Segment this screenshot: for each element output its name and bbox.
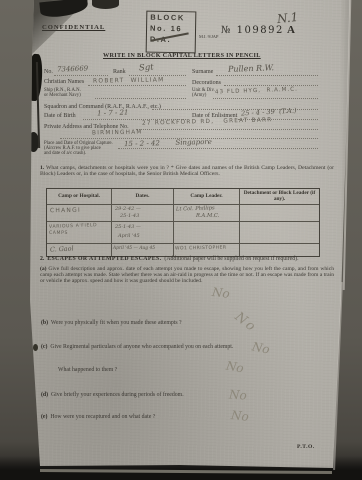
answer-d-handwriting: No xyxy=(229,387,248,402)
camps-row3-camp: C. Gaol xyxy=(47,243,111,256)
scanned-document-page: CONFIDENTIAL BLOCK No. 16 D.A. M.I. 9/JA… xyxy=(0,0,362,480)
left-margin-dot xyxy=(33,344,38,351)
question-1: 1. What camps, detachments or hospitals … xyxy=(40,165,334,178)
torn-corner-blot xyxy=(39,0,88,18)
surname-field-line xyxy=(216,74,318,76)
camps-row1-camp: CHANGI xyxy=(47,204,111,221)
answer-c2-handwriting: No xyxy=(225,359,245,376)
section-2-number: 2. xyxy=(40,256,44,262)
date-of-birth-label: Date of Birth xyxy=(44,113,76,120)
camps-row3-dates: April '45 — Aug 45 xyxy=(111,243,173,256)
answer-a-handwriting: No xyxy=(211,285,230,301)
camps-row2-detachment xyxy=(239,221,319,243)
ship-line xyxy=(95,97,186,99)
address-line-1 xyxy=(136,128,318,130)
address-value-line2: BIRMINGHAM xyxy=(92,130,143,137)
decorations-line xyxy=(224,84,318,86)
unit-div-line xyxy=(213,97,318,99)
serial-number: № 109892 xyxy=(221,28,284,35)
question-e: (e) How were you recaptured and on what … xyxy=(41,414,155,421)
camps-row2-dates: 25-1-43 — April '45 xyxy=(111,221,173,243)
date-of-birth-value: 1 - 7 - 21 xyxy=(97,108,129,117)
question-e-text: How were you recaptured and on what date… xyxy=(50,414,155,420)
form-reference-label: M.I. 9/JAP xyxy=(199,34,218,41)
instruction-heading: WRITE IN BLOCK CAPITAL LETTERS IN PENCIL xyxy=(103,53,261,60)
question-c-label: (c) xyxy=(41,344,47,350)
surname-label: Surname xyxy=(192,69,213,76)
section-2-note: (Additional paper will be supplied on re… xyxy=(164,256,298,262)
paper-sheet: CONFIDENTIAL BLOCK No. 16 D.A. M.I. 9/JA… xyxy=(0,0,362,480)
answer-c-handwriting: No xyxy=(251,339,271,356)
question-b: (b) Were you physically fit when you mad… xyxy=(41,320,182,327)
question-c-text: Give Regimental particulars of anyone wh… xyxy=(50,344,233,350)
stamp-line-1: BLOCK xyxy=(147,12,195,24)
camps-row3-detachment xyxy=(239,243,319,256)
unit-div-value: 43 FLD HYG, R.A.M.C. xyxy=(215,87,298,96)
question-a: (a) Give full description and approx. da… xyxy=(40,266,334,285)
question-c: (c) Give Regimental particulars of anyon… xyxy=(41,344,233,351)
question-d-text: Give briefly your experiences during per… xyxy=(51,392,184,398)
answer-e-handwriting: No xyxy=(230,408,249,424)
question-a-text: Give full description and approx. date o… xyxy=(40,266,334,284)
question-b-text: Were you physically fit when you made th… xyxy=(51,320,182,326)
camps-header-dates: Dates. xyxy=(111,189,173,204)
camps-header-detachment: Detachment or Block Leader (if any). xyxy=(239,189,319,204)
no-label: No. xyxy=(44,69,53,76)
surname-value: Pullen R.W. xyxy=(228,63,274,74)
block-number-stamp: BLOCK No. 16 D.A. xyxy=(146,11,197,54)
camps-row1-leader: Lt Col. Phillips R.A.M.C. xyxy=(173,204,239,221)
camps-header-leader: Camp Leader. xyxy=(173,189,239,204)
rank-value: Sgt xyxy=(139,62,154,73)
serial-suffix: A xyxy=(287,27,295,34)
ship-label-line2: or Merchant Navy) xyxy=(44,93,81,98)
section-2-heading: 2. ESCAPES OR ATTEMPTED ESCAPES. (Additi… xyxy=(40,256,334,263)
section-2-title: ESCAPES OR ATTEMPTED ESCAPES. xyxy=(47,256,161,262)
christian-names-value: ROBERT WILLIAM xyxy=(93,76,165,84)
camps-row2-camp: VARIOUS A'FIELD CAMPS xyxy=(47,221,111,243)
question-d: (d) Give briefly your experiences during… xyxy=(41,392,184,399)
corner-note-handwriting: N.1 xyxy=(276,10,299,26)
answer-b-handwriting: No xyxy=(232,309,260,335)
question-1-text: What camps, detachments or hospitals wer… xyxy=(40,165,334,177)
camps-row2-leader xyxy=(173,221,239,243)
question-c2-text: What happened to them ? xyxy=(58,367,117,374)
decorations-label: Decorations xyxy=(192,80,221,87)
christian-names-label: Christian Names xyxy=(44,79,84,86)
camps-header-camp: Camp or Hospital. xyxy=(47,189,111,204)
camps-row1-detachment xyxy=(239,204,319,221)
question-b-label: (b) xyxy=(41,320,48,326)
camps-table: Camp or Hospital. Dates. Camp Leader. De… xyxy=(46,188,320,257)
no-value: 7346669 xyxy=(57,64,88,73)
camps-row3-leader: WO1 CHRISTOPHER xyxy=(173,243,239,256)
pto-label: P.T.O. xyxy=(297,444,315,451)
question-e-label: (e) xyxy=(41,414,47,420)
no-field-line xyxy=(54,74,108,76)
enlistment-value: 25 - 4 - 39 (T.A.) xyxy=(241,107,297,118)
capture-label-line3: and date of a/c crash). xyxy=(44,151,86,156)
camps-row1-dates: 29-2-42 — 25-1-43 xyxy=(111,204,173,221)
rank-label: Rank xyxy=(113,69,126,76)
question-d-label: (d) xyxy=(41,392,48,398)
top-edge-blot xyxy=(92,0,119,9)
unit-div-label-line2: (Army) xyxy=(192,93,206,98)
